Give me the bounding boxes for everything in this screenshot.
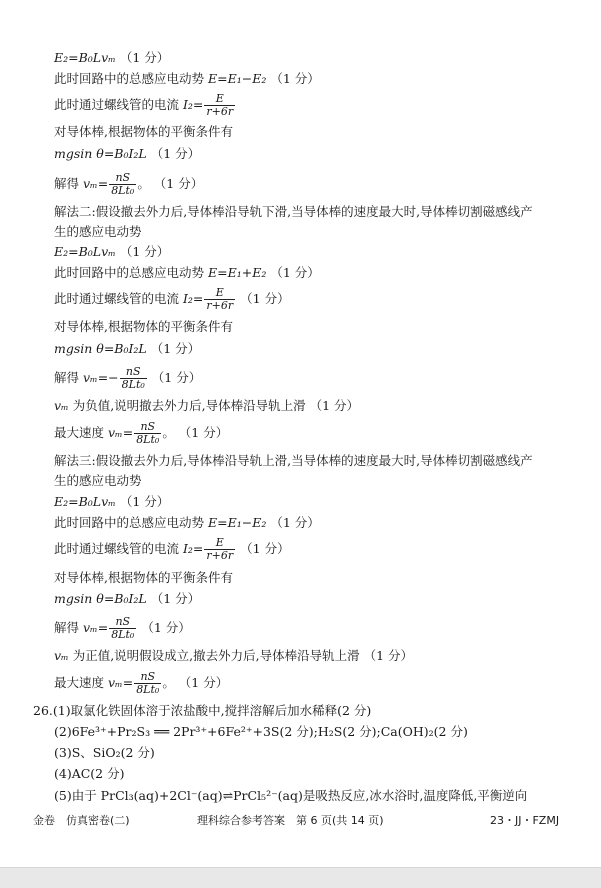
text-line: 对导体棒,根据物体的平衡条件有 bbox=[54, 570, 233, 586]
equation: I₂= bbox=[183, 291, 203, 306]
question-number: 26. bbox=[33, 703, 53, 718]
footer-left: 金卷 仿真密卷(二) bbox=[33, 812, 130, 828]
equation: E₂=B₀Lvₘ bbox=[54, 244, 116, 259]
text-line: 解得 vₘ=nS8Lt₀ （1 分） bbox=[54, 616, 191, 641]
score-note: （1 分） bbox=[120, 50, 169, 65]
text-line: 此时回路中的总感应电动势 E=E₁−E₂ （1 分） bbox=[54, 515, 320, 531]
eq-line: E₂=B₀Lvₘ （1 分） bbox=[54, 494, 169, 510]
equation: E₂=B₀Lvₘ bbox=[54, 50, 116, 65]
text-line: 生的感应电动势 bbox=[54, 473, 142, 489]
text: 此时回路中的总感应电动势 bbox=[54, 265, 208, 280]
fraction: nS8Lt₀ bbox=[109, 616, 136, 641]
text: 对导体棒,根据物体的平衡条件有 bbox=[54, 124, 233, 139]
score-note: （1 分） bbox=[152, 370, 201, 385]
text: 解得 bbox=[54, 176, 83, 191]
score-note: 。 （1 分） bbox=[137, 176, 203, 191]
text: 此时通过螺线管的电流 bbox=[54, 291, 183, 306]
text: 生的感应电动势 bbox=[54, 224, 142, 239]
denominator: 8Lt₀ bbox=[109, 629, 136, 641]
eq-line: E₂=B₀Lvₘ （1 分） bbox=[54, 244, 169, 260]
fraction: Er+6r bbox=[204, 287, 235, 312]
equation: vₘ bbox=[54, 648, 69, 663]
answer-page: E₂=B₀Lvₘ （1 分） 此时回路中的总感应电动势 E=E₁−E₂ （1 分… bbox=[0, 0, 601, 867]
text-line: 最大速度 vₘ=nS8Lt₀。 （1 分） bbox=[54, 671, 228, 696]
score-note: （1 分） bbox=[151, 341, 200, 356]
score-note: （1 分） bbox=[141, 620, 190, 635]
equation: vₘ= bbox=[83, 620, 108, 635]
equation: I₂= bbox=[183, 541, 203, 556]
eq-line: E₂=B₀Lvₘ （1 分） bbox=[54, 50, 169, 66]
text: 此时通过螺线管的电流 bbox=[54, 541, 183, 556]
eq-line: mgsin θ=B₀I₂L （1 分） bbox=[54, 591, 200, 607]
text: 为正值,说明假设成立,撤去外力后,导体棒沿导轨上滑 （1 分） bbox=[69, 648, 413, 663]
text-line: 对导体棒,根据物体的平衡条件有 bbox=[54, 319, 233, 335]
score-note: （1 分） bbox=[151, 591, 200, 606]
equation: I₂= bbox=[183, 97, 203, 112]
fraction: Er+6r bbox=[204, 537, 235, 562]
denominator: r+6r bbox=[204, 106, 235, 118]
text-line: 此时通过螺线管的电流 I₂=Er+6r （1 分） bbox=[54, 287, 290, 312]
fraction: nS8Lt₀ bbox=[120, 366, 147, 391]
text: 为负值,说明撤去外力后,导体棒沿导轨上滑 （1 分） bbox=[69, 398, 359, 413]
fraction: nS8Lt₀ bbox=[134, 671, 161, 696]
eq-line: mgsin θ=B₀I₂L （1 分） bbox=[54, 146, 200, 162]
denominator: 8Lt₀ bbox=[134, 434, 161, 446]
equation: mgsin θ=B₀I₂L bbox=[54, 591, 147, 606]
text-line: 此时回路中的总感应电动势 E=E₁−E₂ （1 分） bbox=[54, 71, 320, 87]
score-note: 。 （1 分） bbox=[162, 425, 228, 440]
footer-center: 理科综合参考答案 第 6 页(共 14 页) bbox=[197, 812, 384, 828]
equation: E=E₁−E₂ bbox=[208, 515, 266, 530]
text-line: 解法三:假设撤去外力后,导体棒沿导轨上滑,当导体棒的速度最大时,导体棒切割磁感线… bbox=[54, 453, 533, 469]
viewer-bottom-band bbox=[0, 867, 601, 888]
text-line: 最大速度 vₘ=nS8Lt₀。 （1 分） bbox=[54, 421, 228, 446]
equation: vₘ=− bbox=[83, 370, 119, 385]
text-line: 解得 vₘ=nS8Lt₀。 （1 分） bbox=[54, 172, 203, 197]
text: 生的感应电动势 bbox=[54, 473, 142, 488]
equation: E=E₁+E₂ bbox=[208, 265, 266, 280]
score-note: （1 分） bbox=[151, 146, 200, 161]
fraction: nS8Lt₀ bbox=[109, 172, 136, 197]
text: 对导体棒,根据物体的平衡条件有 bbox=[54, 570, 233, 585]
fraction: Er+6r bbox=[204, 93, 235, 118]
score-note: （1 分） bbox=[270, 71, 319, 86]
score-note: （1 分） bbox=[240, 291, 289, 306]
answer-part-5: (5)由于 PrCl₃(aq)+2Cl⁻(aq)⇌PrCl₅²⁻(aq)是吸热反… bbox=[54, 788, 527, 804]
text: 最大速度 bbox=[54, 425, 108, 440]
text-line: 此时通过螺线管的电流 I₂=Er+6r （1 分） bbox=[54, 537, 290, 562]
equation: vₘ= bbox=[108, 675, 133, 690]
answer-part-3: (3)S、SiO₂(2 分) bbox=[54, 745, 155, 761]
text-line: 对导体棒,根据物体的平衡条件有 bbox=[54, 124, 233, 140]
score-note: （1 分） bbox=[270, 265, 319, 280]
text: 解得 bbox=[54, 620, 83, 635]
text: 最大速度 bbox=[54, 675, 108, 690]
fraction: nS8Lt₀ bbox=[134, 421, 161, 446]
text-line: 此时回路中的总感应电动势 E=E₁+E₂ （1 分） bbox=[54, 265, 320, 281]
denominator: r+6r bbox=[204, 550, 235, 562]
text-line: 解得 vₘ=−nS8Lt₀ （1 分） bbox=[54, 366, 201, 391]
equation: mgsin θ=B₀I₂L bbox=[54, 341, 147, 356]
denominator: 8Lt₀ bbox=[134, 684, 161, 696]
text: 解得 bbox=[54, 370, 83, 385]
equation: E=E₁−E₂ bbox=[208, 71, 266, 86]
score-note: （1 分） bbox=[120, 244, 169, 259]
equation: vₘ= bbox=[108, 425, 133, 440]
text-line: vₘ 为正值,说明假设成立,撤去外力后,导体棒沿导轨上滑 （1 分） bbox=[54, 648, 413, 664]
equation: vₘ= bbox=[83, 176, 108, 191]
score-note: （1 分） bbox=[270, 515, 319, 530]
score-note: 。 （1 分） bbox=[162, 675, 228, 690]
text: 解法二:假设撤去外力后,导体棒沿导轨下滑,当导体棒的速度最大时,导体棒切割磁感线… bbox=[54, 204, 533, 219]
text: 此时回路中的总感应电动势 bbox=[54, 71, 208, 86]
equation: mgsin θ=B₀I₂L bbox=[54, 146, 147, 161]
score-note: （1 分） bbox=[240, 541, 289, 556]
text-line: vₘ 为负值,说明撤去外力后,导体棒沿导轨上滑 （1 分） bbox=[54, 398, 359, 414]
question-26: 26.(1)取氯化铁固体溶于浓盐酸中,搅拌溶解后加水稀释(2 分) bbox=[33, 703, 371, 719]
denominator: 8Lt₀ bbox=[109, 185, 136, 197]
text-line: 解法二:假设撤去外力后,导体棒沿导轨下滑,当导体棒的速度最大时,导体棒切割磁感线… bbox=[54, 204, 533, 220]
footer-right: 23・JJ・FZMJ bbox=[490, 812, 559, 828]
score-note: （1 分） bbox=[120, 494, 169, 509]
text-line: 此时通过螺线管的电流 I₂=Er+6r bbox=[54, 93, 236, 118]
answer-part-4: (4)AC(2 分) bbox=[54, 766, 124, 782]
text: 此时回路中的总感应电动势 bbox=[54, 515, 208, 530]
text: 解法三:假设撤去外力后,导体棒沿导轨上滑,当导体棒的速度最大时,导体棒切割磁感线… bbox=[54, 453, 533, 468]
equation: E₂=B₀Lvₘ bbox=[54, 494, 116, 509]
answer-part-1: (1)取氯化铁固体溶于浓盐酸中,搅拌溶解后加水稀释(2 分) bbox=[53, 703, 371, 718]
eq-line: mgsin θ=B₀I₂L （1 分） bbox=[54, 341, 200, 357]
text: 此时通过螺线管的电流 bbox=[54, 97, 183, 112]
denominator: 8Lt₀ bbox=[120, 379, 147, 391]
text: 对导体棒,根据物体的平衡条件有 bbox=[54, 319, 233, 334]
text-line: 生的感应电动势 bbox=[54, 224, 142, 240]
equation: vₘ bbox=[54, 398, 69, 413]
answer-part-2: (2)6Fe³⁺+Pr₂S₃ ══ 2Pr³⁺+6Fe²⁺+3S(2 分);H₂… bbox=[54, 724, 468, 740]
denominator: r+6r bbox=[204, 300, 235, 312]
